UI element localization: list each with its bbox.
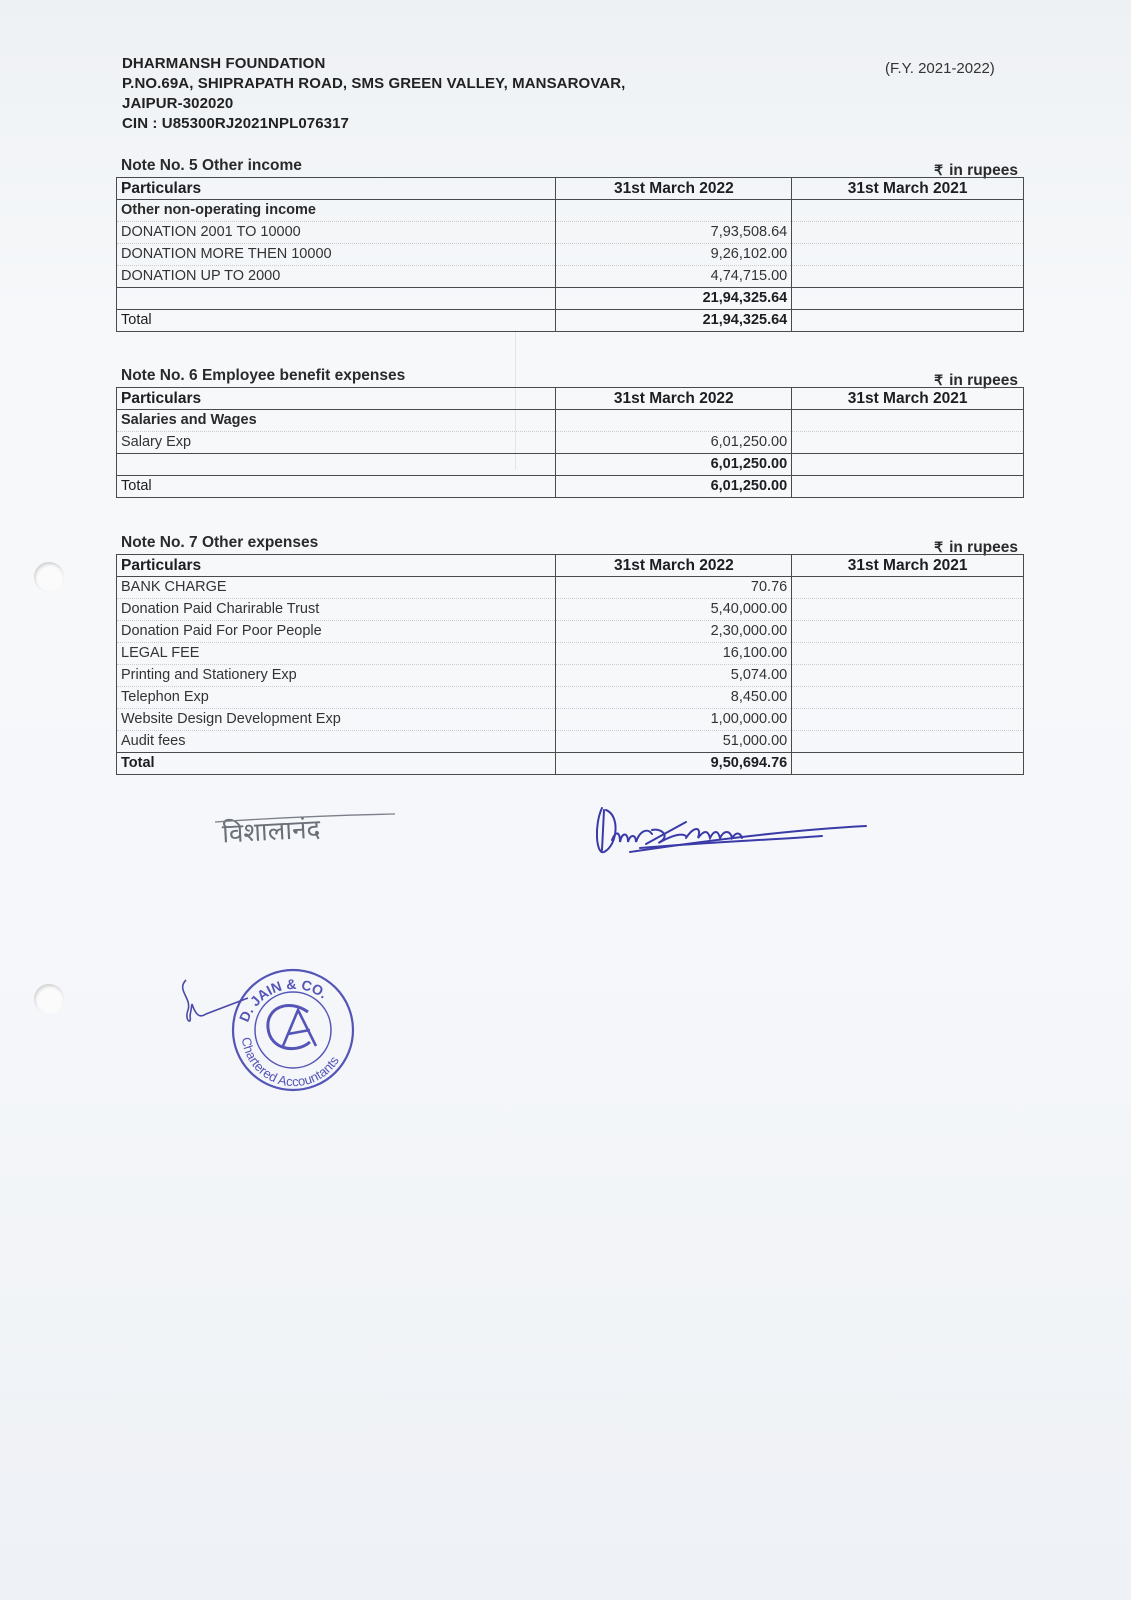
- table-row: Telephon Exp 8,450.00: [117, 687, 1024, 709]
- group-label: Salaries and Wages: [117, 410, 556, 432]
- table-row: DONATION 2001 TO 10000 7,93,508.64: [117, 222, 1024, 244]
- address-line-1: P.NO.69A, SHIPRAPATH ROAD, SMS GREEN VAL…: [122, 74, 625, 94]
- director-signature: [590, 800, 890, 880]
- subtotal-previous: [792, 454, 1024, 476]
- row-current: 70.76: [556, 577, 792, 599]
- subtotal-current: 21,94,325.64: [556, 288, 792, 310]
- svg-text:Chartered Accountants: Chartered Accountants: [239, 1036, 342, 1089]
- total-previous: [792, 753, 1024, 775]
- row-current: 8,450.00: [556, 687, 792, 709]
- row-previous: [792, 687, 1024, 709]
- group-row: Other non-operating income: [117, 200, 1024, 222]
- note-5-table: Particulars 31st March 2022 31st March 2…: [116, 177, 1024, 332]
- row-current: 9,26,102.00: [556, 244, 792, 266]
- subtotal-current: 6,01,250.00: [556, 454, 792, 476]
- group-label: Other non-operating income: [117, 200, 556, 222]
- table-row: DONATION UP TO 2000 4,74,715.00: [117, 266, 1024, 288]
- total-label: Total: [117, 753, 556, 775]
- row-label: Website Design Development Exp: [117, 709, 556, 731]
- total-current: 21,94,325.64: [556, 310, 792, 332]
- table-header: Particulars 31st March 2022 31st March 2…: [117, 388, 1024, 410]
- cin-number: CIN : U85300RJ2021NPL076317: [122, 114, 625, 134]
- header-previous-year: 31st March 2021: [792, 555, 1024, 577]
- row-label: DONATION UP TO 2000: [117, 266, 556, 288]
- row-previous: [792, 599, 1024, 621]
- row-previous: [792, 266, 1024, 288]
- row-label: Donation Paid Charirable Trust: [117, 599, 556, 621]
- table-row: LEGAL FEE 16,100.00: [117, 643, 1024, 665]
- row-previous: [792, 577, 1024, 599]
- total-current: 6,01,250.00: [556, 476, 792, 498]
- header-particulars: Particulars: [117, 555, 556, 577]
- table-row: Audit fees 51,000.00: [117, 731, 1024, 753]
- rupee-icon: ₹: [934, 539, 943, 555]
- row-label: Salary Exp: [117, 432, 556, 454]
- row-label: Audit fees: [117, 731, 556, 753]
- total-previous: [792, 476, 1024, 498]
- row-previous: [792, 244, 1024, 266]
- row-label: Donation Paid For Poor People: [117, 621, 556, 643]
- header-particulars: Particulars: [117, 388, 556, 410]
- address-line-2: JAIPUR-302020: [122, 94, 625, 114]
- header-current-year: 31st March 2022: [556, 388, 792, 410]
- table-header: Particulars 31st March 2022 31st March 2…: [117, 178, 1024, 200]
- header-previous-year: 31st March 2021: [792, 388, 1024, 410]
- table-header: Particulars 31st March 2022 31st March 2…: [117, 555, 1024, 577]
- subtotal-row: 21,94,325.64: [117, 288, 1024, 310]
- note-title: Note No. 6 Employee benefit expenses: [121, 367, 405, 385]
- note-title: Note No. 7 Other expenses: [121, 534, 318, 552]
- financial-year: (F.Y. 2021-2022): [885, 60, 995, 77]
- row-current: 6,01,250.00: [556, 432, 792, 454]
- header-current-year: 31st March 2022: [556, 178, 792, 200]
- total-row: Total 6,01,250.00: [117, 476, 1024, 498]
- table-row: Salary Exp 6,01,250.00: [117, 432, 1024, 454]
- note-7-table: Particulars 31st March 2022 31st March 2…: [116, 554, 1024, 775]
- row-label: BANK CHARGE: [117, 577, 556, 599]
- subtotal-previous: [792, 288, 1024, 310]
- row-label: Printing and Stationery Exp: [117, 665, 556, 687]
- header-previous-year: 31st March 2021: [792, 178, 1024, 200]
- table-row: DONATION MORE THEN 10000 9,26,102.00: [117, 244, 1024, 266]
- note-title: Note No. 5 Other income: [121, 157, 302, 175]
- organization-header: DHARMANSH FOUNDATION P.NO.69A, SHIPRAPAT…: [122, 54, 625, 134]
- table-row: Printing and Stationery Exp 5,074.00: [117, 665, 1024, 687]
- subtotal-row: 6,01,250.00: [117, 454, 1024, 476]
- row-current: 2,30,000.00: [556, 621, 792, 643]
- punch-hole: [34, 984, 64, 1014]
- row-current: 5,074.00: [556, 665, 792, 687]
- group-row: Salaries and Wages: [117, 410, 1024, 432]
- stamp-subtitle: Chartered Accountants: [239, 1036, 342, 1089]
- organization-name: DHARMANSH FOUNDATION: [122, 54, 625, 74]
- row-current: 1,00,000.00: [556, 709, 792, 731]
- row-previous: [792, 621, 1024, 643]
- row-current: 51,000.00: [556, 731, 792, 753]
- header-particulars: Particulars: [117, 178, 556, 200]
- rupee-icon: ₹: [934, 372, 943, 388]
- table-row: Website Design Development Exp 1,00,000.…: [117, 709, 1024, 731]
- note-6-table: Particulars 31st March 2022 31st March 2…: [116, 387, 1024, 498]
- row-current: 5,40,000.00: [556, 599, 792, 621]
- total-row: Total 9,50,694.76: [117, 753, 1024, 775]
- row-current: 16,100.00: [556, 643, 792, 665]
- ca-stamp: D. JAIN & CO. Chartered Accountants: [178, 968, 378, 1098]
- row-label: LEGAL FEE: [117, 643, 556, 665]
- total-previous: [792, 310, 1024, 332]
- row-label: DONATION MORE THEN 10000: [117, 244, 556, 266]
- signature-underline: [210, 812, 400, 826]
- row-previous: [792, 222, 1024, 244]
- row-previous: [792, 643, 1024, 665]
- total-current: 9,50,694.76: [556, 753, 792, 775]
- total-label: Total: [117, 310, 556, 332]
- rupee-icon: ₹: [934, 162, 943, 178]
- row-previous: [792, 432, 1024, 454]
- row-previous: [792, 709, 1024, 731]
- row-current: 7,93,508.64: [556, 222, 792, 244]
- row-previous: [792, 731, 1024, 753]
- row-label: Telephon Exp: [117, 687, 556, 709]
- total-row: Total 21,94,325.64: [117, 310, 1024, 332]
- total-label: Total: [117, 476, 556, 498]
- header-current-year: 31st March 2022: [556, 555, 792, 577]
- table-row: Donation Paid For Poor People 2,30,000.0…: [117, 621, 1024, 643]
- punch-hole: [34, 562, 64, 592]
- row-previous: [792, 665, 1024, 687]
- table-row: BANK CHARGE 70.76: [117, 577, 1024, 599]
- row-current: 4,74,715.00: [556, 266, 792, 288]
- row-label: DONATION 2001 TO 10000: [117, 222, 556, 244]
- table-row: Donation Paid Charirable Trust 5,40,000.…: [117, 599, 1024, 621]
